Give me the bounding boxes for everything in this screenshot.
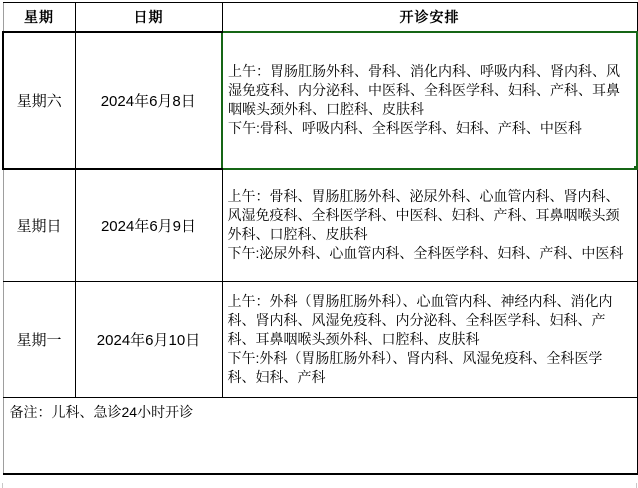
note-text: 备注：儿科、急诊24小时开诊	[10, 404, 194, 420]
header-cell-schedule[interactable]: 开诊安排	[222, 3, 637, 32]
afternoon-schedule: 下午:泌尿外科、心血管内科、全科医学科、妇科、产科、中医科	[228, 244, 629, 263]
spreadsheet-area: 星期 日期 开诊安排 星期六 2024年6月8日 上午：胃肠肛肠外科、骨科、消化…	[0, 0, 638, 488]
weekday-cell-sunday[interactable]: 星期日	[3, 169, 75, 282]
schedule-cell-monday[interactable]: 上午：外科（胃肠肛肠外科）、心血管内科、神经内科、消化内科、肾内科、风湿免疫科、…	[222, 282, 637, 398]
gridline-stub-left	[2, 483, 3, 488]
weekday-cell-saturday[interactable]: 星期六	[3, 32, 75, 169]
afternoon-schedule: 下午:骨科、呼吸内科、全科医学科、妇科、产科、中医科	[228, 119, 628, 138]
afternoon-schedule: 下午:外科（胃肠肛肠外科）、肾内科、风湿免疫科、全科医学科、妇科、产科	[228, 349, 629, 387]
fill-handle[interactable]	[633, 165, 637, 169]
selected-schedule-cell-saturday[interactable]: 上午：胃肠肛肠外科、骨科、消化内科、呼吸内科、肾内科、风湿免疫科、内分泌科、中医…	[222, 32, 637, 169]
schedule-cell-sunday[interactable]: 上午：骨科、胃肠肛肠外科、泌尿外科、心血管内科、肾内科、风湿免疫科、全科医学科、…	[222, 169, 637, 282]
date-cell-june10[interactable]: 2024年6月10日	[75, 282, 222, 398]
note-cell[interactable]: 备注：儿科、急诊24小时开诊	[3, 398, 637, 474]
header-cell-date[interactable]: 日期	[75, 3, 222, 32]
morning-schedule: 上午：外科（胃肠肛肠外科）、心血管内科、神经内科、消化内科、肾内科、风湿免疫科、…	[228, 292, 629, 349]
date-cell-june8[interactable]: 2024年6月8日	[75, 32, 222, 169]
date-cell-june9[interactable]: 2024年6月9日	[75, 169, 222, 282]
clinic-schedule-table: 星期 日期 开诊安排 星期六 2024年6月8日 上午：胃肠肛肠外科、骨科、消化…	[2, 2, 638, 475]
morning-schedule: 上午：骨科、胃肠肛肠外科、泌尿外科、心血管内科、肾内科、风湿免疫科、全科医学科、…	[228, 187, 629, 244]
header-cell-weekday[interactable]: 星期	[3, 3, 75, 32]
weekday-cell-monday[interactable]: 星期一	[3, 282, 75, 398]
morning-schedule: 上午：胃肠肛肠外科、骨科、消化内科、呼吸内科、肾内科、风湿免疫科、内分泌科、中医…	[228, 62, 628, 119]
gridline-stub-right	[636, 483, 637, 488]
